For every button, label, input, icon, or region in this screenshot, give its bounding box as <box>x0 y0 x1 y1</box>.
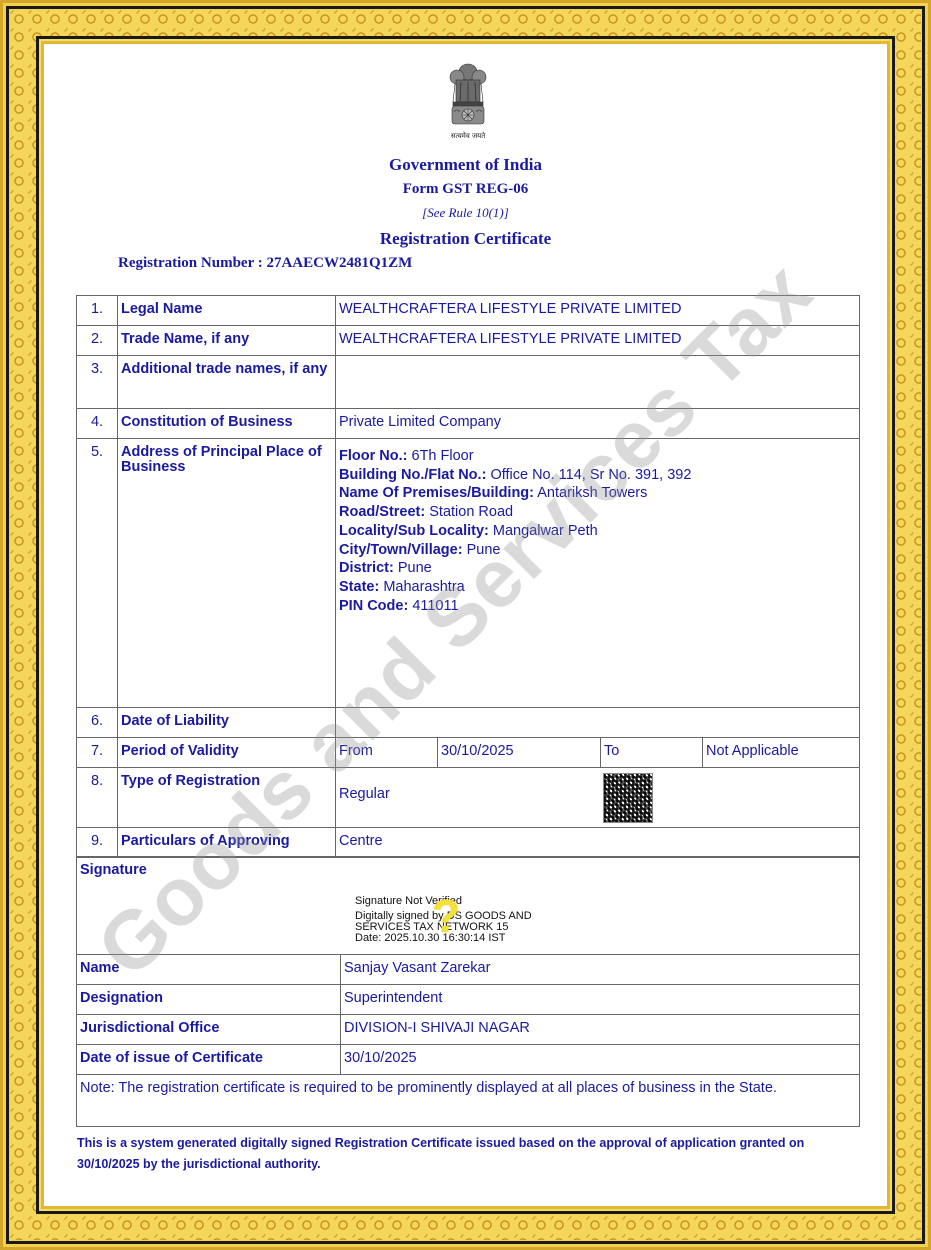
address-pin: PIN Code: 411011 <box>339 597 856 616</box>
signature-label: Signature <box>80 863 856 878</box>
table-row: 8. Type of Registration Regular <box>77 768 860 828</box>
address-building: Building No./Flat No.: Office No. 114, S… <box>339 466 856 485</box>
validity-to-date: Not Applicable <box>703 738 860 768</box>
qr-code-icon <box>603 773 653 823</box>
address-state: State: Maharashtra <box>339 578 856 597</box>
date-of-liability-value <box>336 708 860 738</box>
officer-designation: Superintendent <box>341 985 860 1015</box>
trade-name-value: WEALTHCRAFTERA LIFESTYLE PRIVATE LIMITED <box>336 326 860 356</box>
national-emblem-icon: सत्यमेव जयते <box>443 60 493 142</box>
address-district: District: Pune <box>339 559 856 578</box>
constitution-value: Private Limited Company <box>336 409 860 439</box>
date-of-issue: 30/10/2025 <box>341 1045 860 1075</box>
address-value: Floor No.: 6Th Floor Building No./Flat N… <box>336 439 860 708</box>
approving-authority-value: Centre <box>336 828 860 858</box>
legal-name-value: WEALTHCRAFTERA LIFESTYLE PRIVATE LIMITED <box>336 296 860 326</box>
table-row: Jurisdictional Office DIVISION-I SHIVAJI… <box>77 1015 860 1045</box>
table-row: 7. Period of Validity From 30/10/2025 To… <box>77 738 860 768</box>
footer-note: This is a system generated digitally sig… <box>77 1133 857 1175</box>
validity-to-label: To <box>601 738 703 768</box>
table-row: 9. Particulars of Approving Centre <box>77 828 860 858</box>
jurisdictional-office: DIVISION-I SHIVAJI NAGAR <box>341 1015 860 1045</box>
address-floor: Floor No.: 6Th Floor <box>339 447 856 466</box>
table-row: 5. Address of Principal Place of Busines… <box>77 439 860 708</box>
officer-name: Sanjay Vasant Zarekar <box>341 955 860 985</box>
address-city: City/Town/Village: Pune <box>339 541 856 560</box>
registration-number: Registration Number : 27AAECW2481Q1ZM <box>118 255 412 272</box>
address-locality: Locality/Sub Locality: Mangalwar Peth <box>339 522 856 541</box>
table-row: Date of issue of Certificate 30/10/2025 <box>77 1045 860 1075</box>
address-premises: Name Of Premises/Building: Antariksh Tow… <box>339 484 856 503</box>
registration-type-value: Regular <box>336 768 860 828</box>
table-row: 3. Additional trade names, if any <box>77 356 860 409</box>
validity-from-label: From <box>336 738 438 768</box>
registration-details-table: 1. Legal Name WEALTHCRAFTERA LIFESTYLE P… <box>76 295 860 858</box>
address-road: Road/Street: Station Road <box>339 503 856 522</box>
table-row: Name Sanjay Vasant Zarekar <box>77 955 860 985</box>
rule-reference: [See Rule 10(1)] <box>0 205 931 221</box>
certificate-title: Registration Certificate <box>0 229 931 249</box>
display-note: Note: The registration certificate is re… <box>77 1075 860 1127</box>
table-row: 2. Trade Name, if any WEALTHCRAFTERA LIF… <box>77 326 860 356</box>
validity-from-date: 30/10/2025 <box>438 738 601 768</box>
table-row: 4. Constitution of Business Private Limi… <box>77 409 860 439</box>
table-row: 6. Date of Liability <box>77 708 860 738</box>
government-title: Government of India <box>0 155 931 175</box>
table-row: 1. Legal Name WEALTHCRAFTERA LIFESTYLE P… <box>77 296 860 326</box>
table-row: Designation Superintendent <box>77 985 860 1015</box>
additional-trade-names-value <box>336 356 860 409</box>
svg-text:सत्यमेव जयते: सत्यमेव जयते <box>451 131 486 140</box>
signature-unverified-icon[interactable]: ? <box>432 893 460 939</box>
form-title: Form GST REG-06 <box>0 181 931 198</box>
